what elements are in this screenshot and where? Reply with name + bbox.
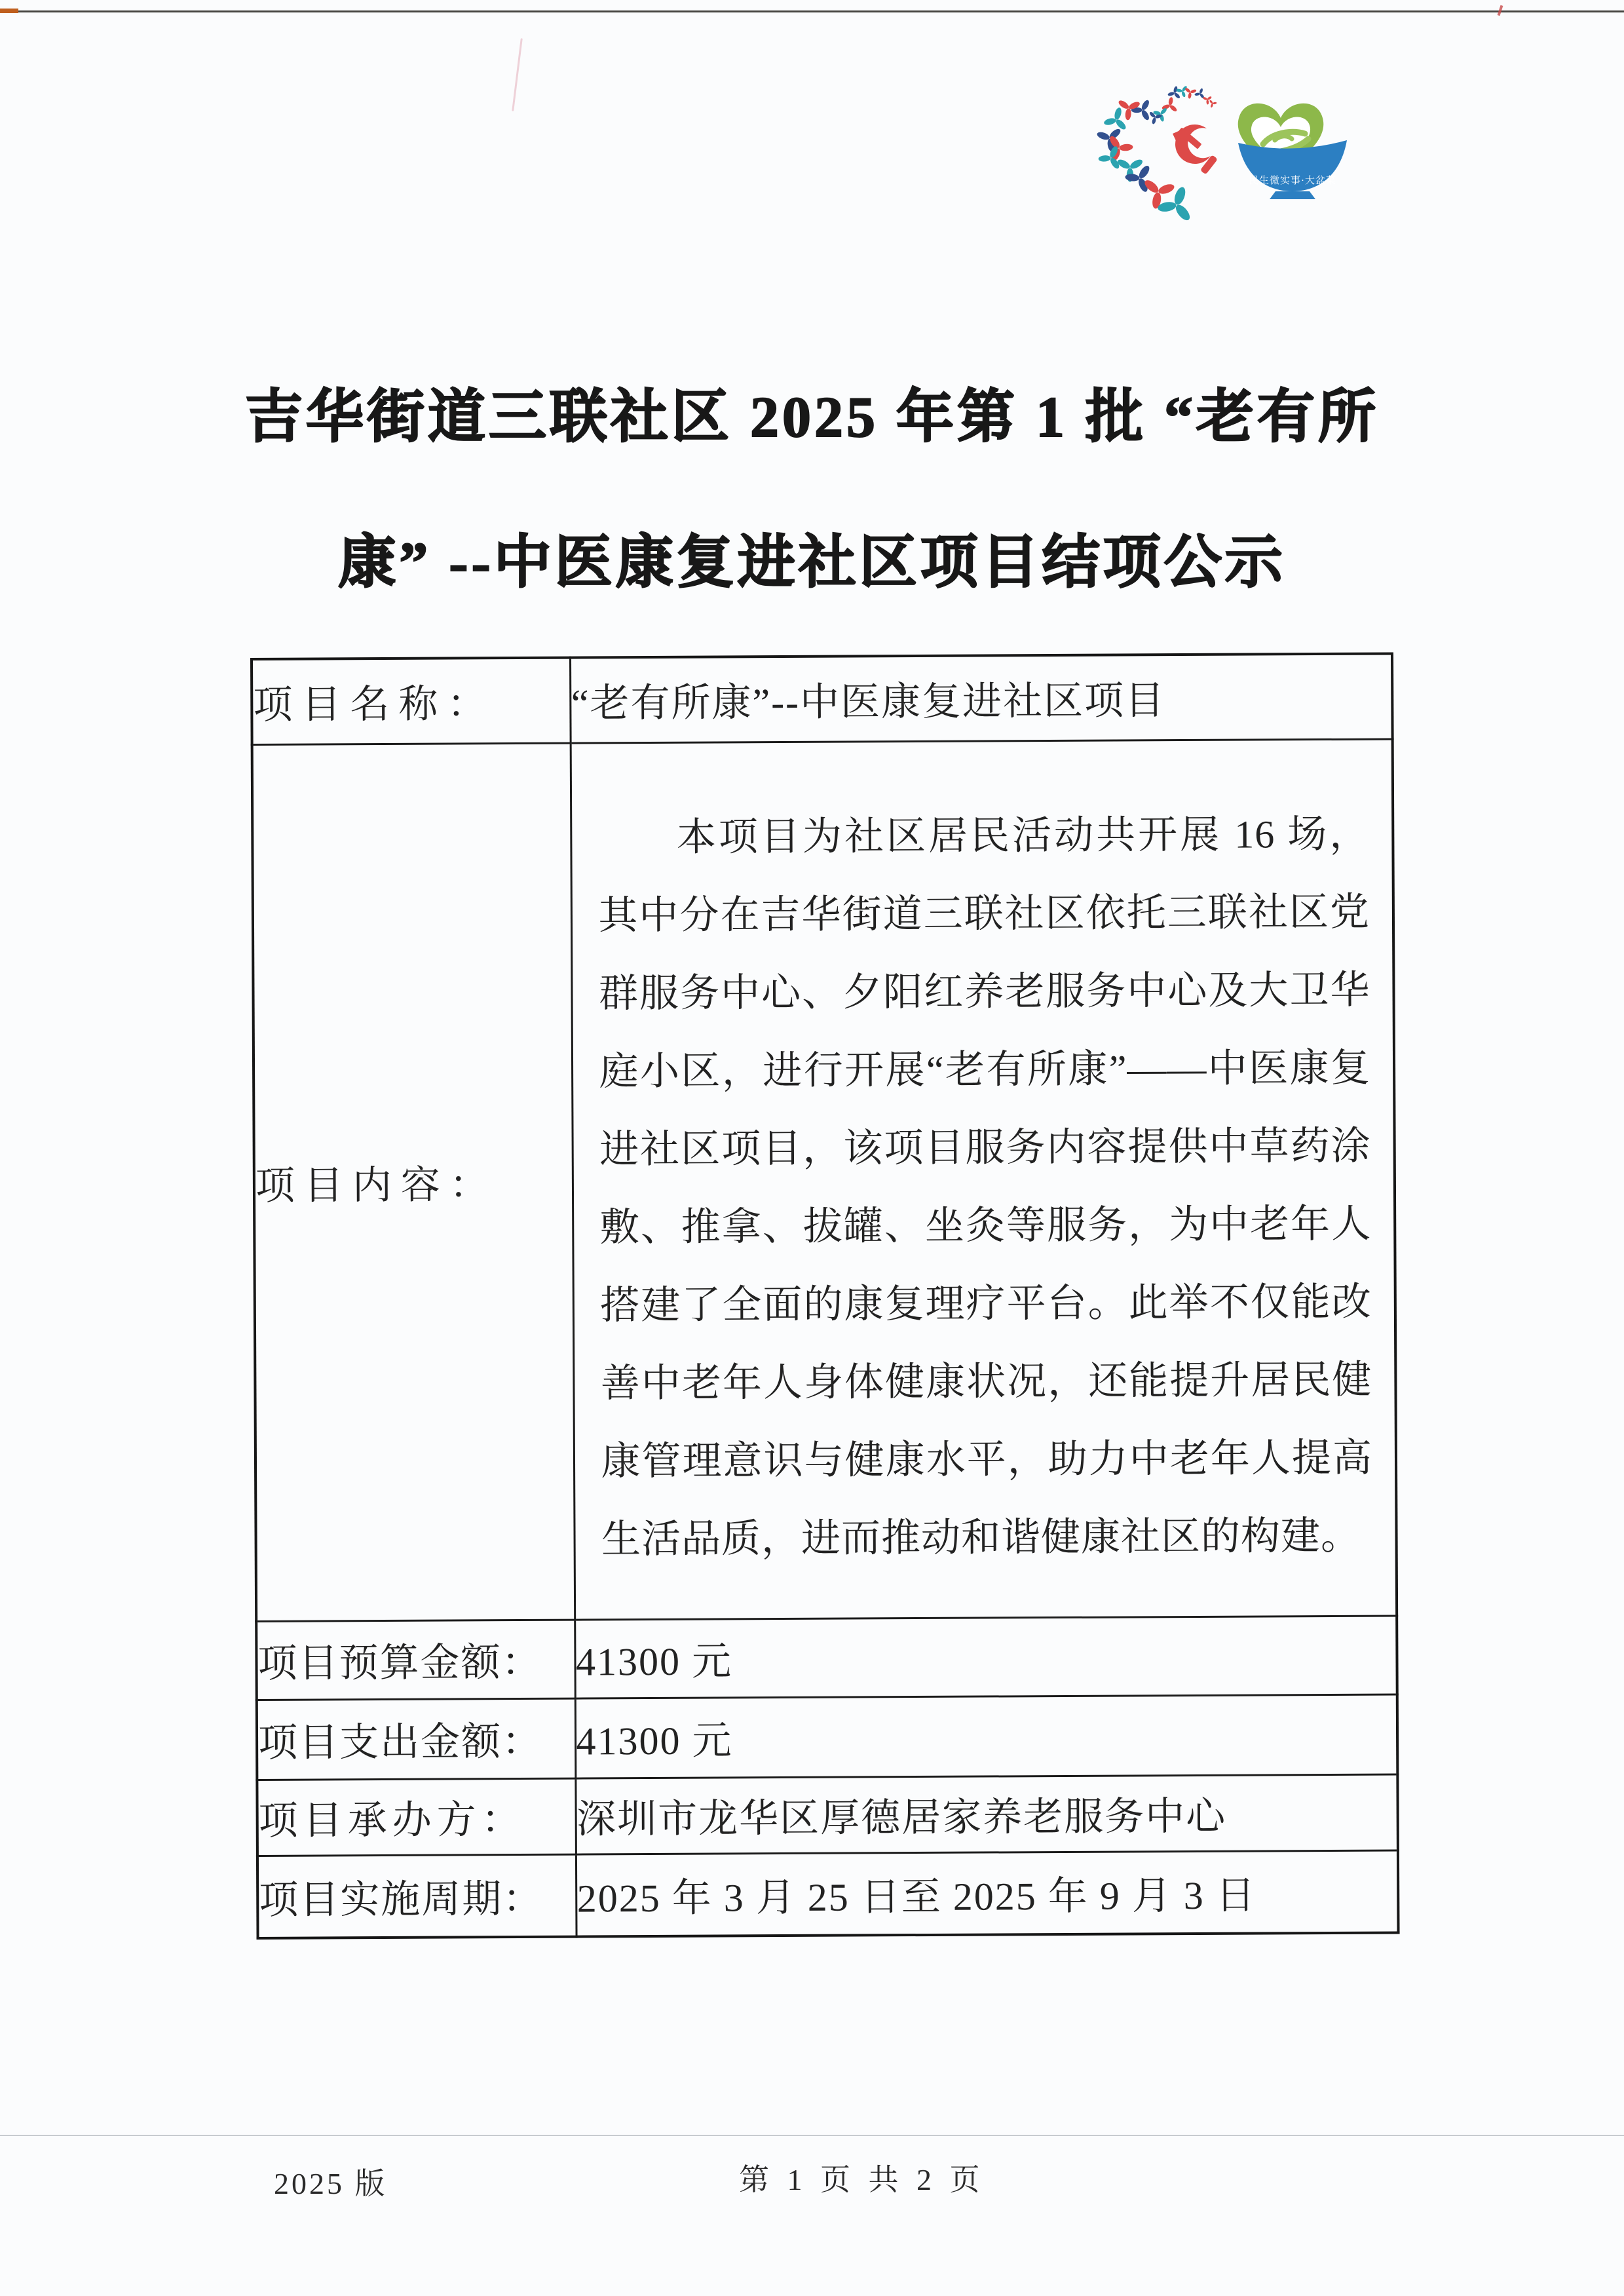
- label-project-name: 项目名称：: [252, 658, 571, 744]
- value-organizer: 深圳市龙华区厚德居家养老服务中心: [575, 1774, 1398, 1854]
- scan-scratch-mark: [512, 38, 523, 111]
- bowl-logo-text: 民生微实事·大盆菜: [1249, 175, 1336, 186]
- document-title-line2: 康” --中医康复进社区项目结项公示: [0, 516, 1624, 599]
- footer-page-info: 第 1 页 共 2 页: [739, 2156, 985, 2199]
- value-period: 2025 年 3 月 25 日至 2025 年 9 月 3 日: [576, 1850, 1399, 1936]
- value-budget: 41300 元: [575, 1615, 1397, 1698]
- project-info-table: 项目名称： “老有所康”--中医康复进社区项目 项目内容： 本项目为社区居民活动…: [250, 652, 1400, 1940]
- label-budget: 项目预算金额：: [256, 1620, 575, 1700]
- label-project-content: 项目内容：: [252, 743, 575, 1621]
- scan-footer-line: [0, 2135, 1624, 2136]
- scan-edge-line: [0, 10, 1624, 12]
- scan-edge-accent: [0, 9, 18, 13]
- footer-version: 2025 版: [274, 2160, 388, 2203]
- label-expense: 项目支出金额：: [257, 1698, 576, 1780]
- value-project-content: 本项目为社区居民活动共开展 16 场，其中分在吉华街道三联社区依托三联社区党群服…: [571, 738, 1397, 1619]
- value-expense: 41300 元: [575, 1694, 1398, 1778]
- table-row-project-name: 项目名称： “老有所康”--中医康复进社区项目: [252, 653, 1393, 744]
- party-heart-logo-icon: [1093, 83, 1224, 225]
- minsheng-bowl-logo-icon: 民生微实事·大盆菜: [1212, 92, 1350, 204]
- value-project-name: “老有所康”--中医康复进社区项目: [570, 653, 1393, 742]
- document-title-line1: 吉华街道三联社区 2025 年第 1 批 “老有所: [0, 371, 1624, 453]
- table-row-period: 项目实施周期： 2025 年 3 月 25 日至 2025 年 9 月 3 日: [257, 1850, 1399, 1938]
- scanned-document-page: 民生微实事·大盆菜 吉华街道三联社区 2025 年第 1 批 “老有所 康” -…: [0, 0, 1624, 2296]
- project-content-paragraph: 本项目为社区居民活动共开展 16 场，其中分在吉华街道三联社区依托三联社区党群服…: [571, 779, 1395, 1578]
- table-row-project-content: 项目内容： 本项目为社区居民活动共开展 16 场，其中分在吉华街道三联社区依托三…: [252, 738, 1397, 1620]
- table-row-budget: 项目预算金额： 41300 元: [256, 1615, 1397, 1700]
- hammer-sickle-icon: [1173, 124, 1218, 175]
- label-period: 项目实施周期：: [257, 1854, 576, 1938]
- table-row-expense: 项目支出金额： 41300 元: [257, 1694, 1398, 1780]
- label-organizer: 项目承办方：: [257, 1778, 576, 1856]
- table-row-organizer: 项目承办方： 深圳市龙华区厚德居家养老服务中心: [257, 1774, 1398, 1856]
